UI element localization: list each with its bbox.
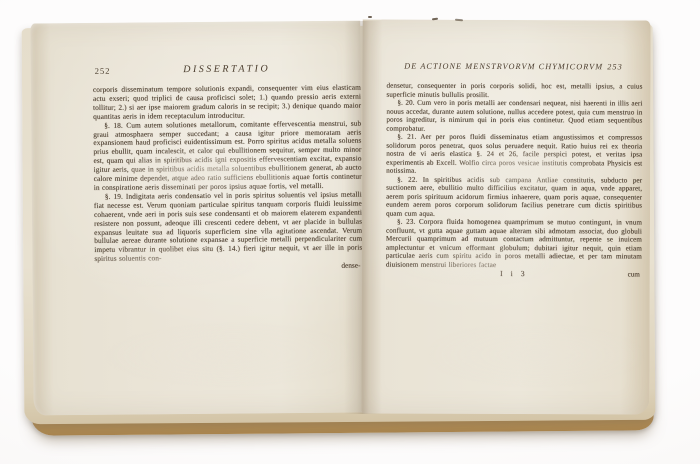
left-page-header: 252 DISSERTATIO xyxy=(93,63,361,76)
right-running-title: DE ACTIONE MENSTRVORVM CHYMICORVM xyxy=(404,62,603,72)
gathering-signature: I i 3 xyxy=(500,269,528,278)
antique-book-photo: 252 DISSERTATIO corporis disseminatum te… xyxy=(0,0,700,464)
right-page-number: 253 xyxy=(607,62,623,71)
right-catchword: cum xyxy=(628,270,640,279)
paragraph-section-22: §. 22. In spiritibus acidis sub campana … xyxy=(386,175,642,218)
left-page-number: 252 xyxy=(95,66,111,76)
paragraph-section-20: §. 20. Cum vero in poris metalli aer con… xyxy=(386,99,642,134)
paragraph-continuation: densetur, consequenter in poris corporis… xyxy=(386,82,642,100)
right-page-header: DE ACTIONE MENSTRVORVM CHYMICORVM253 xyxy=(385,62,643,72)
left-page-text-block: corporis disseminatum tempore solutionis… xyxy=(93,84,363,273)
paragraph-section-21: §. 21. Aer per poros fluidi disseminatus… xyxy=(386,133,642,176)
left-running-title: DISSERTATIO xyxy=(183,63,270,75)
paragraph-section-19: §. 19. Indigitata aeris condensatio vel … xyxy=(94,190,363,264)
paragraph-section-23: §. 23. Corpora fluida homogenea quamprim… xyxy=(386,218,642,270)
left-page: 252 DISSERTATIO corporis disseminatum te… xyxy=(30,21,363,416)
right-page: DE ACTIONE MENSTRVORVM CHYMICORVM253 den… xyxy=(361,19,650,414)
paper-speck xyxy=(368,16,372,18)
signature-row: I i 3 cum xyxy=(386,270,642,279)
paragraph-section-18: §. 18. Cum autem solutiones metallorum, … xyxy=(93,119,362,193)
paragraph-continuation: corporis disseminatum tempore solutionis… xyxy=(93,84,361,122)
right-page-text-block: densetur, consequenter in poris corporis… xyxy=(386,82,643,279)
